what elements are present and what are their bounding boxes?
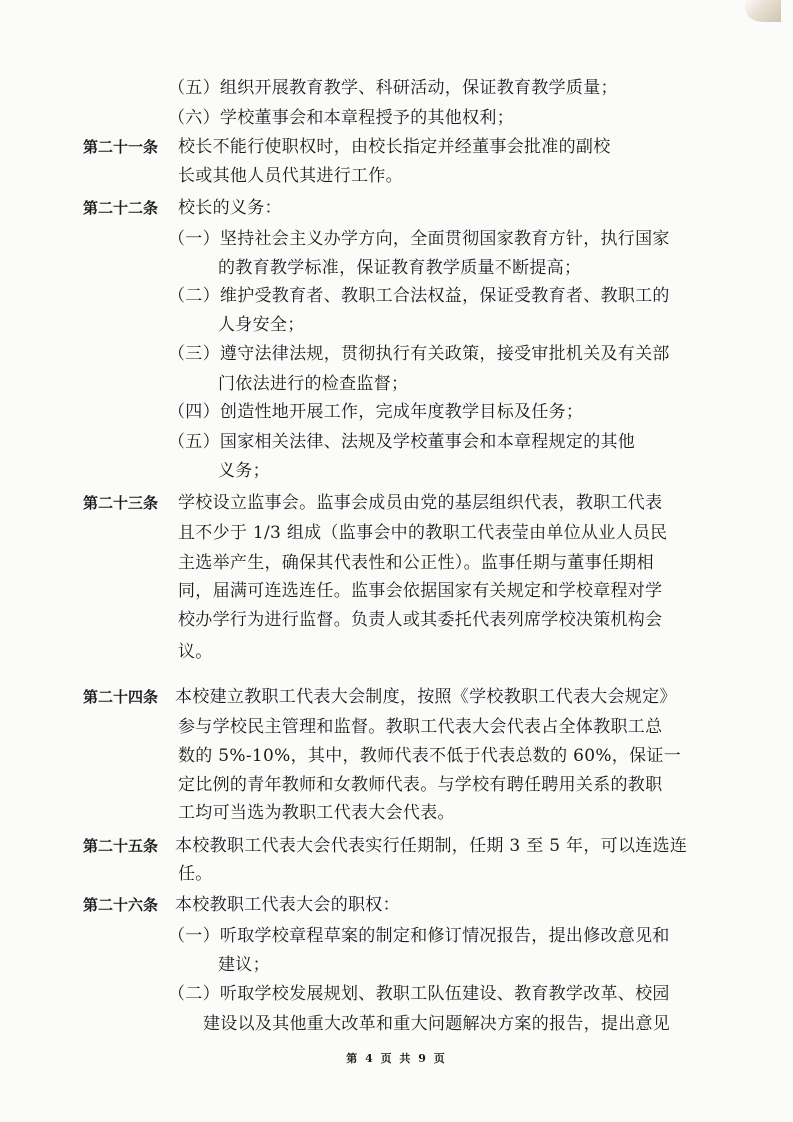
text-line: （六）学校董事会和本章程授予的其他权利； [168, 107, 514, 129]
text-line: 议。 [178, 641, 213, 663]
text-line: （二）维护受教育者、教职工合法权益，保证受教育者、教职工的 [168, 285, 670, 307]
text-line: 义务； [218, 460, 270, 482]
text-line: 长或其他人员代其进行工作。 [178, 165, 403, 187]
article-text: 校长的义务： [178, 197, 282, 219]
text-line: 人身安全； [218, 314, 305, 336]
article-number: 第二十一条 [83, 136, 158, 158]
article-number: 第二十二条 [83, 197, 158, 219]
text-line: 定比例的青年教师和女教师代表。与学校有聘任聘用关系的教职 [178, 774, 662, 796]
text-line: 工均可当选为教职工代表大会代表。 [178, 802, 455, 824]
text-line: 任。 [178, 863, 213, 885]
article-number: 第二十六条 [83, 894, 158, 916]
article-number: 第二十五条 [83, 835, 158, 857]
text-line: 同，届满可连选连任。监事会依据国家有关规定和学校章程对学 [178, 580, 662, 602]
text-line: 校办学行为进行监督。负责人或其委托代表列席学校决策机构会 [178, 609, 662, 631]
article-text: 本校教职工代表大会的职权： [175, 894, 400, 916]
page-number: 第 4 页 共 9 页 [0, 1050, 793, 1066]
article-text: 校长不能行使职权时，由校长指定并经董事会批准的副校 [178, 136, 611, 158]
text-line: 主选举产生，确保其代表性和公正性）。监事任期与董事任期相 [178, 552, 654, 574]
text-line: 数的 5%-10%，其中，教师代表不低于代表总数的 60%，保证一 [178, 745, 681, 767]
article-text: 学校设立监事会。监事会成员由党的基层组织代表，教职工代表 [178, 492, 662, 514]
article-number: 第二十四条 [83, 686, 158, 708]
text-line: （五）组织开展教育教学、科研活动，保证教育教学质量； [168, 77, 618, 99]
text-line: 参与学校民主管理和监督。教职工代表大会代表占全体教职工总 [178, 716, 662, 738]
text-line: 门依法进行的检查监督； [218, 373, 408, 395]
article-text: 本校教职工代表大会代表实行任期制，任期 3 至 5 年，可以连选连 [175, 835, 687, 857]
text-line: （一）坚持社会主义办学方向，全面贯彻国家教育方针，执行国家 [168, 228, 670, 250]
text-line: 建议； [218, 954, 270, 976]
text-line: 建设以及其他重大改革和重大问题解决方案的报告，提出意见 [203, 1013, 670, 1035]
text-line: （五）国家相关法律、法规及学校董事会和本章程规定的其他 [168, 431, 635, 453]
text-line: 的教育教学标准，保证教育教学质量不断提高； [218, 257, 581, 279]
text-line: （四）创造性地开展工作，完成年度教学目标及任务； [168, 401, 583, 423]
text-line: （一）听取学校章程草案的制定和修订情况报告，提出修改意见和 [168, 925, 670, 947]
text-line: 且不少于 1/3 组成（监事会中的教职工代表莹由单位从业人员民 [178, 522, 667, 544]
text-line: （二）听取学校发展规划、教职工队伍建设、教育教学改革、校园 [168, 983, 670, 1005]
page-curl-artifact [745, 0, 781, 22]
article-text: 本校建立教职工代表大会制度，按照《学校教职工代表大会规定》 [175, 686, 677, 708]
article-number: 第二十三条 [83, 492, 158, 514]
text-line: （三）遵守法律法规，贯彻执行有关政策，接受审批机关及有关部 [168, 343, 670, 365]
